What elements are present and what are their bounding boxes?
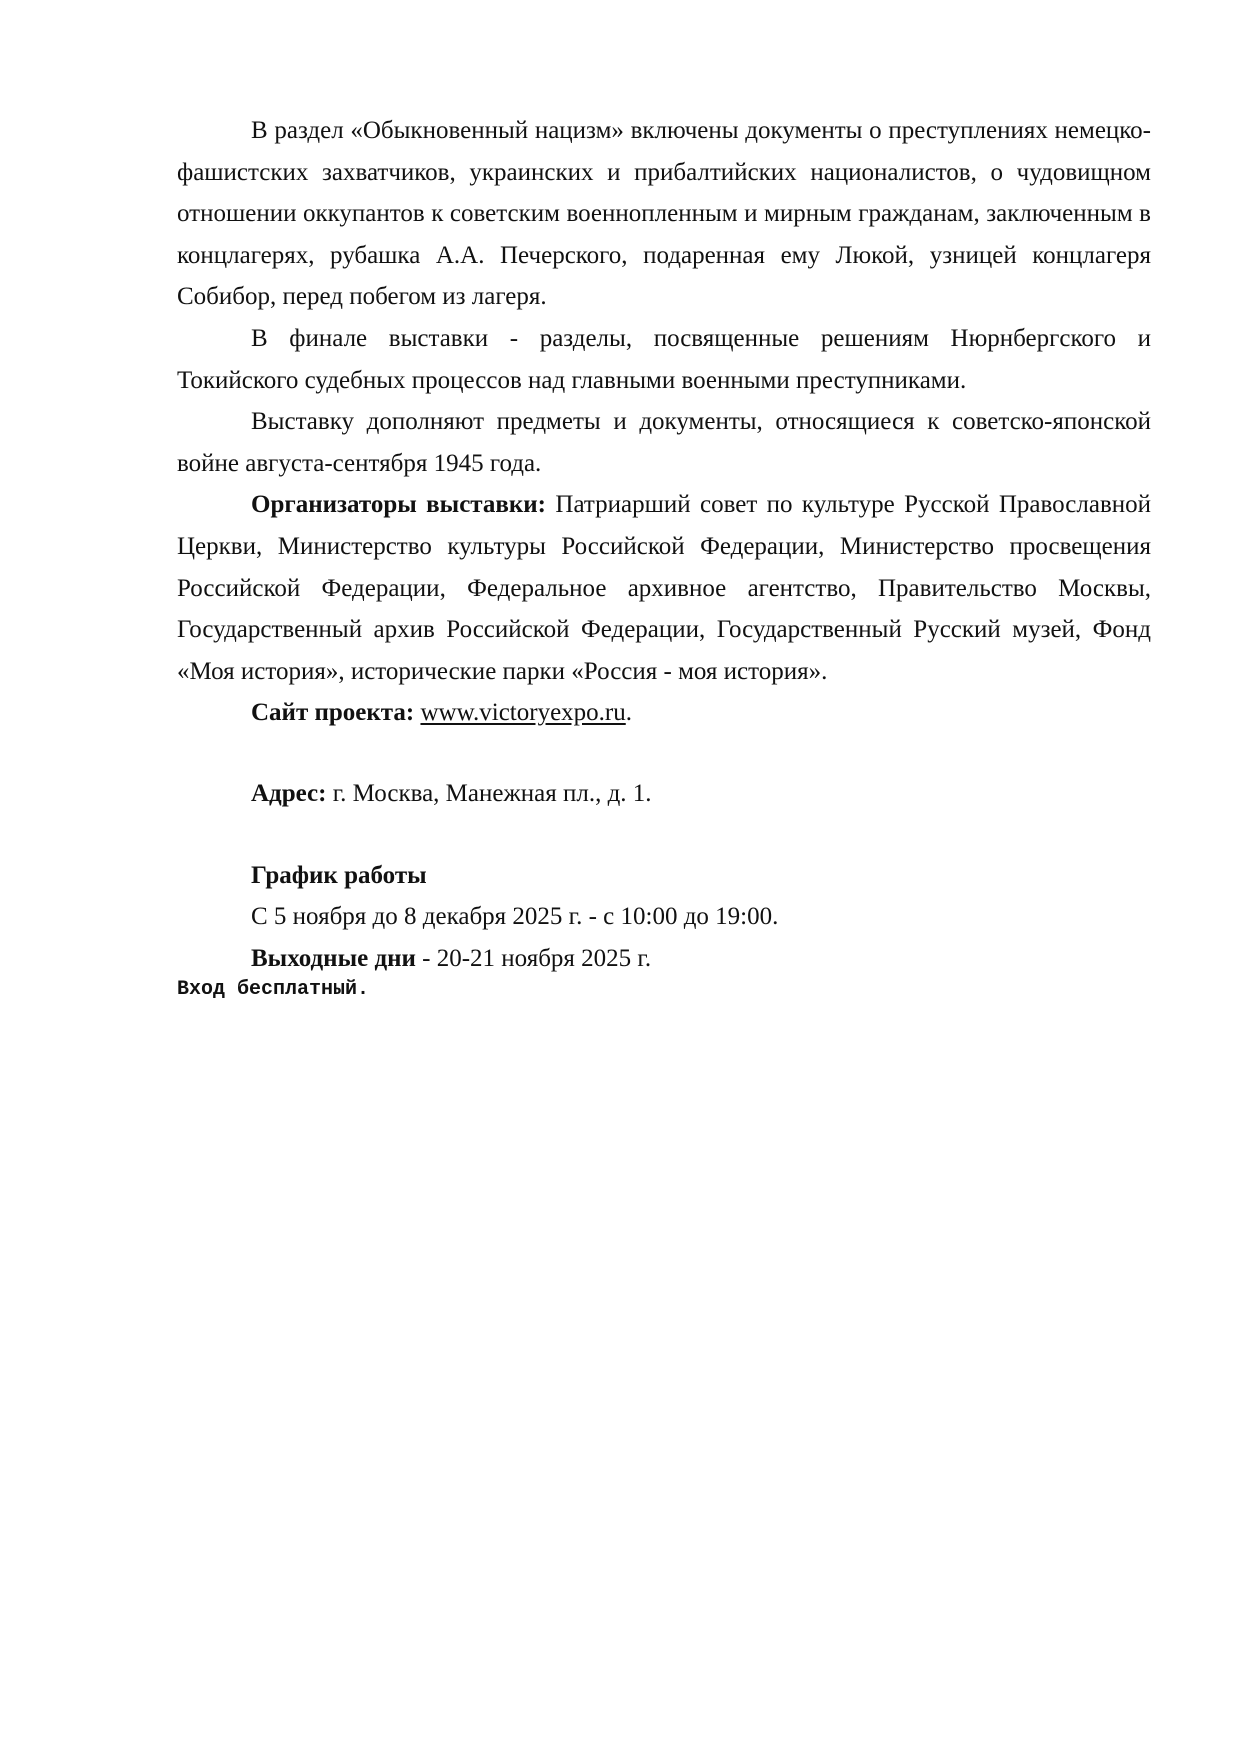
admission-note: Вход бесплатный. <box>177 975 1151 1005</box>
schedule-hours: С 5 ноября до 8 декабря 2025 г. - с 10:0… <box>177 896 1151 938</box>
address-text: г. Москва, Манежная пл., д. 1. <box>326 780 651 807</box>
spacer <box>177 815 1151 855</box>
days-off-line: Выходные дни - 20-21 ноября 2025 г. <box>177 938 1151 980</box>
organizers-text: Патриарший совет по культуре Русской Пра… <box>177 491 1151 684</box>
paragraph-organizers: Организаторы выставки: Патриарший совет … <box>177 484 1151 692</box>
paragraph-finale: В финале выставки - разделы, посвященные… <box>177 318 1151 401</box>
website-line: Сайт проекта: www.victoryexpo.ru. <box>177 692 1151 734</box>
website-link[interactable]: www.victoryexpo.ru <box>420 699 625 726</box>
document-page: В раздел «Обыкновенный нацизм» включены … <box>177 110 1151 1005</box>
address-label: Адрес: <box>251 780 326 807</box>
paragraph-supplement: Выставку дополняют предметы и документы,… <box>177 401 1151 484</box>
days-off-text: - 20-21 ноября 2025 г. <box>416 945 651 972</box>
address-line: Адрес: г. Москва, Манежная пл., д. 1. <box>177 773 1151 815</box>
schedule-heading: График работы <box>177 855 1151 897</box>
days-off-label: Выходные дни <box>251 945 416 972</box>
spacer <box>177 734 1151 773</box>
website-label: Сайт проекта: <box>251 699 414 726</box>
organizers-label: Организаторы выставки: <box>251 491 546 518</box>
paragraph-ordinary-nazism: В раздел «Обыкновенный нацизм» включены … <box>177 110 1151 318</box>
website-suffix: . <box>626 699 632 726</box>
